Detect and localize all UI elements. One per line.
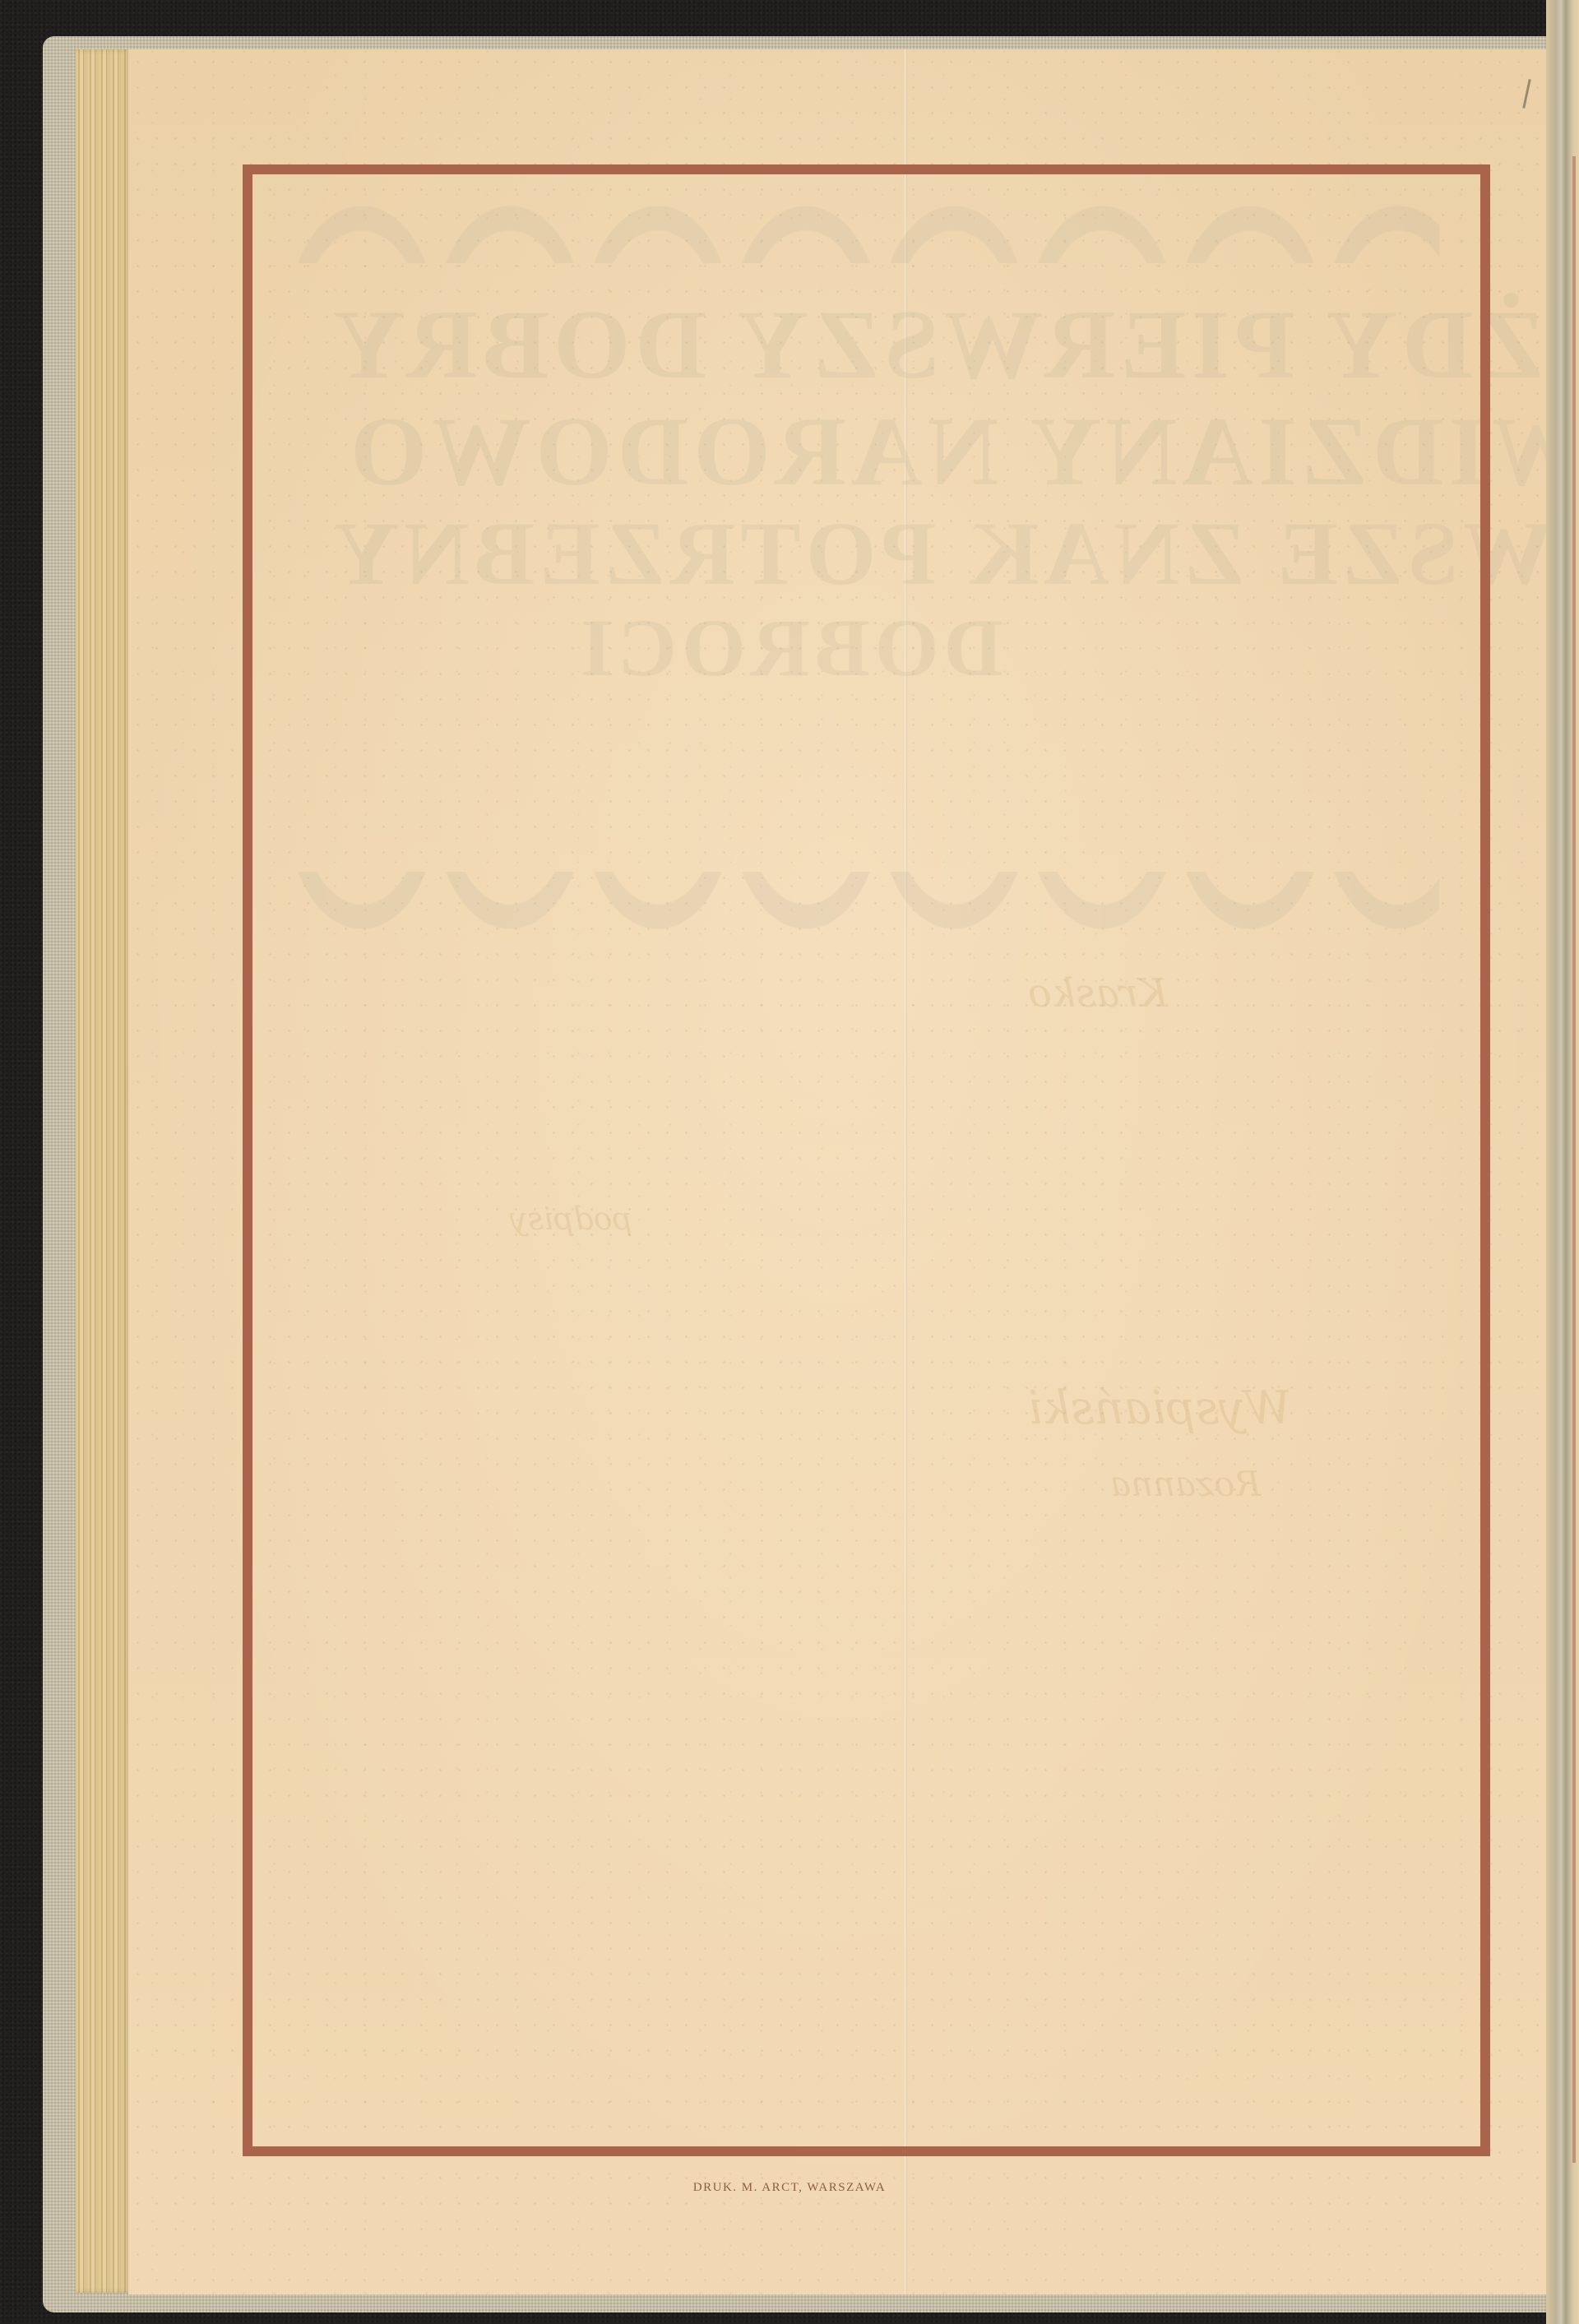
next-page-border-edge (1572, 156, 1576, 2163)
printer-imprint: DRUK. M. ARCT, WARSZAWA (0, 2181, 1579, 2195)
decorative-page-border (243, 164, 1490, 2156)
page-block-edges (76, 49, 130, 2293)
